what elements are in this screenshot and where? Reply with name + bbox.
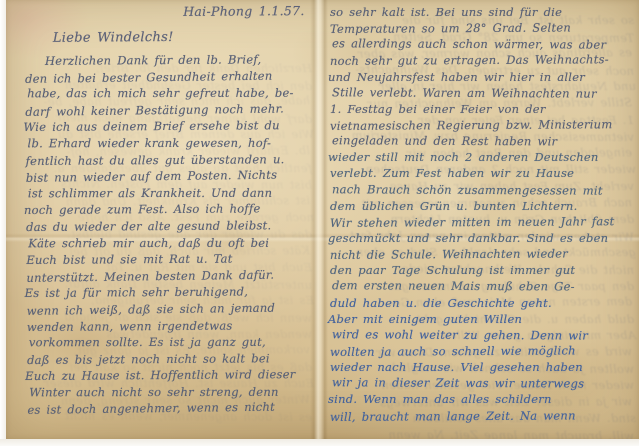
handwriting-line: eingeladen und den Rest haben wir bbox=[332, 132, 636, 150]
handwriting-line: es ist doch angenehmer, wenn es nicht bbox=[27, 399, 313, 419]
handwriting-line: Wir stehen wieder mitten im neuen Jahr f… bbox=[330, 213, 634, 231]
handwriting-line: duld haben u. die Geschichte geht. bbox=[330, 295, 634, 311]
handwriting-line: noch gerade zum Fest. Also ich hoffe bbox=[24, 200, 310, 219]
handwriting-line: dem üblichen Grün u. bunten Lichtern. bbox=[330, 198, 634, 214]
handwriting-line: wird es wohl weiter zu gehen. Denn wir bbox=[332, 326, 636, 344]
handwriting-line: Stille verlebt. Waren am Weihnachten nur bbox=[332, 84, 636, 102]
salutation: Liebe Windelchs! bbox=[53, 29, 311, 53]
handwriting-line: wir ja in dieser Zeit was wir unterwegs bbox=[332, 374, 636, 392]
handwriting-line: Euch zu Hause ist. Hoffentlich wird dies… bbox=[25, 366, 311, 385]
handwriting-line: noch sehr gut zu ertragen. Das Weihnacht… bbox=[330, 51, 634, 69]
handwriting-line: nicht die Schule. Weihnachten wieder bbox=[330, 245, 634, 263]
letter-photo: so sehr kalt ist. Bei uns sind für dieTe… bbox=[0, 0, 639, 446]
handwriting-line: Aber mit einigem guten Willen bbox=[328, 311, 632, 327]
handwriting-line: das du wieder der alte gesund bleibst. bbox=[26, 217, 312, 236]
handwriting-line: nach Brauch schön zusammengesessen mit bbox=[332, 181, 636, 199]
handwriting-line: ist schlimmer als Krankheit. Und dann bbox=[28, 184, 314, 201]
handwriting-line: Wie ich aus deinem Brief ersehe bist du bbox=[23, 117, 309, 136]
handwriting-line: vietnamesischen Regierung bzw. Ministeri… bbox=[330, 116, 634, 134]
letter-page-left: Hai-Phong 1.1.57. Liebe Windelchs! Herzl… bbox=[25, 3, 314, 418]
handwriting-line: verlebt. Zum Fest haben wir zu Hause bbox=[330, 165, 634, 181]
left-page-body: Herzlichen Dank für den lb. Brief,den ic… bbox=[25, 51, 314, 418]
scan-border-bottom bbox=[0, 439, 639, 446]
handwriting-line: wenden kann, wenn irgendetwas bbox=[27, 316, 313, 335]
handwriting-line: wieder nach Hause. Viel gesehen haben bbox=[330, 359, 634, 375]
scan-border-left bbox=[0, 0, 6, 446]
handwriting-line: lb. Erhard wieder krank gewesen, hof- bbox=[28, 135, 314, 152]
handwriting-line: geschmückt und sehr dankbar. Sind es ebe… bbox=[328, 230, 632, 246]
letter-page-right: so sehr kalt ist. Bei uns sind für dieTe… bbox=[330, 4, 634, 424]
handwriting-line: Käte schrieb mir auch, daß du oft bei bbox=[28, 234, 314, 251]
handwriting-line: daß es bis jetzt noch nicht so kalt bei bbox=[27, 350, 313, 369]
handwriting-line: wollten ja auch so schnell wie möglich bbox=[330, 342, 634, 360]
dateline: Hai-Phong 1.1.57. bbox=[25, 3, 311, 31]
handwriting-line: dem ersten neuen Mais muß eben Ge- bbox=[332, 278, 636, 296]
right-page-body: so sehr kalt ist. Bei uns sind für dieTe… bbox=[330, 4, 634, 424]
handwriting-line: so sehr kalt ist. Bei uns sind für die bbox=[330, 4, 634, 20]
handwriting-line: will, braucht man lange Zeit. Na wenn bbox=[330, 407, 634, 425]
handwriting-line: vorkommen sollte. Es ist ja ganz gut, bbox=[29, 334, 315, 351]
handwriting-line: bist nun wieder auf dem Posten. Nichts bbox=[26, 166, 312, 186]
handwriting-line: sind. Wenn man das alles schildern bbox=[328, 391, 632, 407]
handwriting-line: den paar Tage Schulung ist immer gut bbox=[330, 262, 634, 278]
handwriting-line: habe, das ich mich sehr gefreut habe, be… bbox=[27, 85, 313, 102]
handwriting-line: wieder still mit noch 2 anderen Deutsche… bbox=[328, 149, 632, 165]
handwriting-line: 1. Festtag bei einer Feier von der bbox=[330, 101, 634, 117]
handwriting-line: und Neujahrsfest haben wir hier in aller bbox=[328, 69, 632, 85]
